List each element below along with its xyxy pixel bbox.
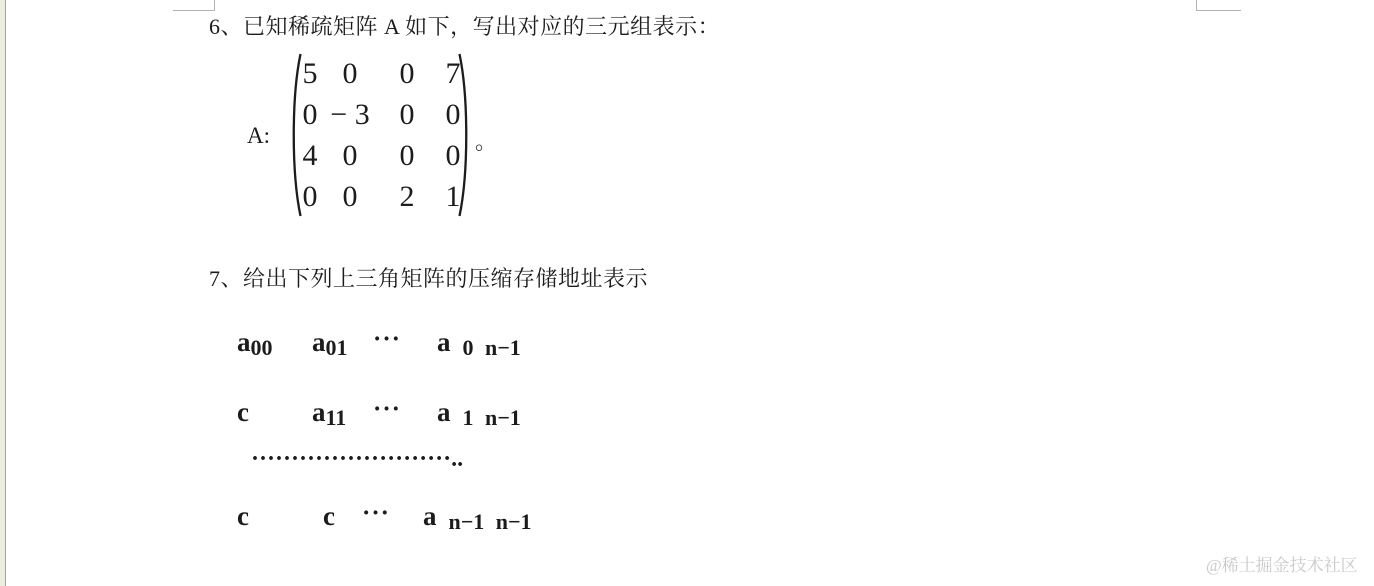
- matrix-cell: 0: [322, 176, 378, 217]
- matrix-cell: 5: [298, 53, 322, 94]
- matrix-cell: 0: [378, 135, 436, 176]
- cell-base: a: [437, 327, 451, 357]
- matrix-cell: 2: [378, 176, 436, 217]
- cell-subscript: 11: [326, 405, 347, 430]
- cell-subscript: 0 n−1: [463, 335, 521, 360]
- matrix-cell: 7: [436, 53, 470, 94]
- triangular-cell: an−1 n−1: [423, 503, 532, 535]
- matrix-cell: 0: [298, 94, 322, 135]
- cell-base: a: [312, 397, 326, 427]
- cell-base: c: [237, 501, 249, 531]
- cell-base: a: [437, 397, 451, 427]
- page-edge-strip: [0, 0, 6, 586]
- matrix-cell: 0: [436, 135, 470, 176]
- matrix-cell: 0: [298, 176, 322, 217]
- matrix-cell: 4: [298, 135, 322, 176]
- triangular-cell: a1 n−1: [437, 399, 521, 431]
- matrix-cell: 0: [436, 94, 470, 135]
- matrix-dots-line: ·························..: [251, 447, 463, 471]
- matrix-cell: 0: [322, 135, 378, 176]
- matrix-cell: 0: [322, 53, 378, 94]
- cell-base: a: [423, 501, 437, 531]
- triangular-cell: c: [237, 399, 249, 431]
- cell-base: c: [323, 501, 335, 531]
- cell-base: c: [237, 397, 249, 427]
- cell-subscript: n−1 n−1: [449, 509, 532, 534]
- row-ellipsis: ···: [373, 396, 401, 423]
- sentence-period: 。: [475, 131, 497, 153]
- sparse-matrix-a: 5 0 0 7 0 − 3 0 0 4 0 0 0 0 0 2 1: [298, 53, 470, 217]
- matrix-cell: 0: [378, 53, 436, 94]
- cell-subscript: 01: [326, 335, 348, 360]
- cell-base: a: [312, 327, 326, 357]
- row-ellipsis: ···: [373, 326, 401, 353]
- triangular-cell: c: [323, 503, 335, 535]
- juejin-watermark: @稀土掘金技术社区: [1206, 555, 1358, 577]
- cell-subscript: 1 n−1: [463, 405, 521, 430]
- question-7-heading: 7、给出下列上三角矩阵的压缩存储地址表示: [209, 265, 648, 293]
- matrix-cell: 1: [436, 176, 470, 217]
- matrix-a-label: A:: [247, 124, 270, 147]
- matrix-cell: 0: [378, 94, 436, 135]
- question-6-heading: 6、已知稀疏矩阵 A 如下，写出对应的三元组表示：: [209, 13, 720, 41]
- triangular-cell: a00: [237, 329, 273, 361]
- row-ellipsis: ···: [362, 500, 390, 527]
- cell-base: a: [237, 327, 251, 357]
- matrix-cell: − 3: [322, 94, 378, 135]
- cell-subscript: 00: [251, 335, 273, 360]
- triangular-cell: c: [237, 503, 249, 535]
- triangular-cell: a11: [312, 399, 346, 431]
- text-boundary-corner-top-right: [1196, 0, 1241, 11]
- text-boundary-corner-top-left: [173, 0, 215, 11]
- triangular-cell: a0 n−1: [437, 329, 521, 361]
- triangular-cell: a01: [312, 329, 348, 361]
